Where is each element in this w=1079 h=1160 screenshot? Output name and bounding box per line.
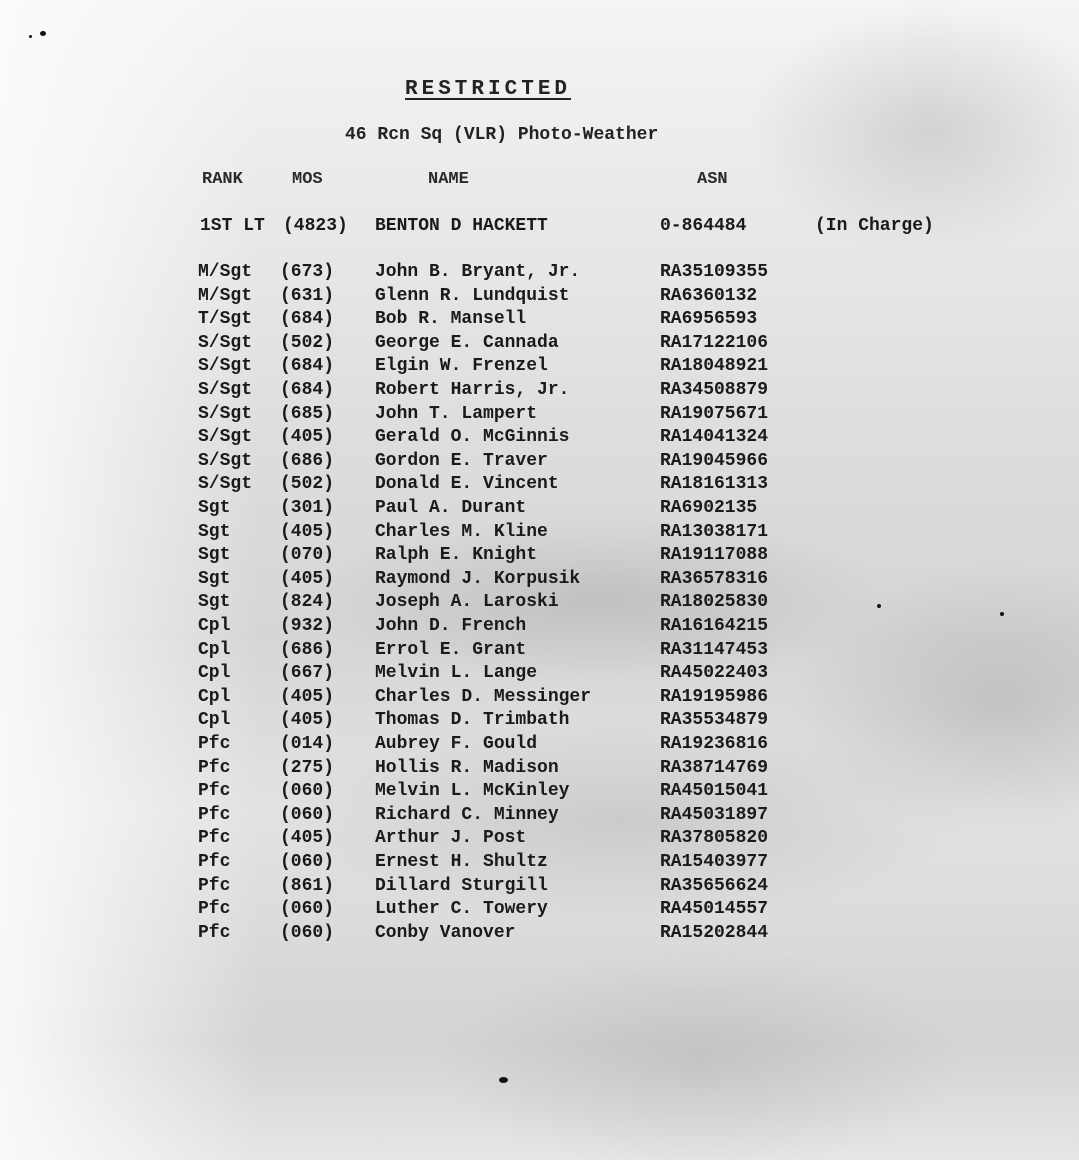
roster-name: Thomas D. Trimbath: [375, 710, 569, 730]
roster-asn: RA17122106: [660, 333, 768, 353]
roster-name: Ralph E. Knight: [375, 545, 537, 565]
roster-mos: (060): [280, 852, 334, 872]
column-header-mos: MOS: [292, 170, 323, 189]
roster-name: Errol E. Grant: [375, 640, 526, 660]
roster-name: Ernest H. Shultz: [375, 852, 548, 872]
scan-speck: [877, 604, 881, 608]
roster-mos: (405): [280, 427, 334, 447]
roster-rank: S/Sgt: [198, 333, 252, 353]
roster-rank: S/Sgt: [198, 404, 252, 424]
roster-mos: (060): [280, 781, 334, 801]
roster-asn: RA6902135: [660, 498, 757, 518]
roster-asn: RA16164215: [660, 616, 768, 636]
roster-asn: RA6360132: [660, 286, 757, 306]
roster-name: Elgin W. Frenzel: [375, 356, 548, 376]
roster-rank: Cpl: [198, 687, 230, 707]
roster-name: Hollis R. Madison: [375, 758, 559, 778]
roster-mos: (684): [280, 380, 334, 400]
roster-asn: RA35534879: [660, 710, 768, 730]
roster-name: George E. Cannada: [375, 333, 559, 353]
roster-rank: Pfc: [198, 781, 230, 801]
roster-name: Paul A. Durant: [375, 498, 526, 518]
officer-name: BENTON D HACKETT: [375, 216, 548, 236]
roster-asn: RA37805820: [660, 828, 768, 848]
roster-mos: (673): [280, 262, 334, 282]
classification-heading: RESTRICTED: [405, 78, 571, 101]
roster-mos: (685): [280, 404, 334, 424]
roster-rank: S/Sgt: [198, 451, 252, 471]
roster-rank: Cpl: [198, 640, 230, 660]
roster-mos: (861): [280, 876, 334, 896]
roster-rank: Sgt: [198, 592, 230, 612]
roster-mos: (502): [280, 474, 334, 494]
roster-mos: (070): [280, 545, 334, 565]
scan-speck: [499, 1077, 508, 1083]
roster-name: Raymond J. Korpusik: [375, 569, 580, 589]
roster-rank: M/Sgt: [198, 286, 252, 306]
roster-asn: RA14041324: [660, 427, 768, 447]
roster-asn: RA45031897: [660, 805, 768, 825]
roster-mos: (631): [280, 286, 334, 306]
roster-asn: RA13038171: [660, 522, 768, 542]
roster-rank: S/Sgt: [198, 474, 252, 494]
roster-mos: (684): [280, 309, 334, 329]
roster-rank: Cpl: [198, 663, 230, 683]
roster-asn: RA19117088: [660, 545, 768, 565]
roster-asn: RA34508879: [660, 380, 768, 400]
roster-mos: (686): [280, 640, 334, 660]
roster-mos: (667): [280, 663, 334, 683]
roster-rank: Pfc: [198, 876, 230, 896]
roster-name: Joseph A. Laroski: [375, 592, 559, 612]
officer-asn: 0-864484: [660, 216, 746, 236]
roster-rank: Cpl: [198, 616, 230, 636]
roster-rank: Cpl: [198, 710, 230, 730]
roster-rank: S/Sgt: [198, 356, 252, 376]
roster-rank: Pfc: [198, 899, 230, 919]
roster-mos: (301): [280, 498, 334, 518]
roster-asn: RA15403977: [660, 852, 768, 872]
roster-name: Melvin L. Lange: [375, 663, 537, 683]
roster-asn: RA35656624: [660, 876, 768, 896]
roster-rank: S/Sgt: [198, 380, 252, 400]
roster-rank: Pfc: [198, 805, 230, 825]
roster-rank: Sgt: [198, 498, 230, 518]
roster-mos: (502): [280, 333, 334, 353]
roster-name: Conby Vanover: [375, 923, 515, 943]
roster-asn: RA6956593: [660, 309, 757, 329]
roster-name: Charles D. Messinger: [375, 687, 591, 707]
roster-asn: RA45014557: [660, 899, 768, 919]
roster-name: Arthur J. Post: [375, 828, 526, 848]
unit-title: 46 Rcn Sq (VLR) Photo-Weather: [345, 125, 658, 145]
roster-asn: RA18161313: [660, 474, 768, 494]
roster-name: Gordon E. Traver: [375, 451, 548, 471]
roster-name: Bob R. Mansell: [375, 309, 526, 329]
roster-rank: Pfc: [198, 828, 230, 848]
scan-speck: [29, 35, 32, 38]
roster-mos: (405): [280, 522, 334, 542]
roster-rank: T/Sgt: [198, 309, 252, 329]
roster-mos: (684): [280, 356, 334, 376]
roster-name: Richard C. Minney: [375, 805, 559, 825]
officer-mos: (4823): [283, 216, 348, 236]
roster-mos: (060): [280, 923, 334, 943]
roster-name: Glenn R. Lundquist: [375, 286, 569, 306]
officer-rank: 1ST LT: [200, 216, 265, 236]
officer-note: (In Charge): [815, 216, 934, 236]
roster-asn: RA19045966: [660, 451, 768, 471]
column-header-asn: ASN: [697, 170, 728, 189]
roster-rank: Sgt: [198, 569, 230, 589]
roster-name: Melvin L. McKinley: [375, 781, 569, 801]
roster-asn: RA45022403: [660, 663, 768, 683]
column-header-name: NAME: [428, 170, 469, 189]
roster-mos: (060): [280, 899, 334, 919]
roster-asn: RA18025830: [660, 592, 768, 612]
roster-mos: (405): [280, 569, 334, 589]
roster-name: John T. Lampert: [375, 404, 537, 424]
roster-name: John B. Bryant, Jr.: [375, 262, 580, 282]
roster-asn: RA35109355: [660, 262, 768, 282]
roster-asn: RA31147453: [660, 640, 768, 660]
roster-rank: Sgt: [198, 545, 230, 565]
roster-mos: (824): [280, 592, 334, 612]
roster-asn: RA38714769: [660, 758, 768, 778]
roster-rank: Sgt: [198, 522, 230, 542]
roster-name: John D. French: [375, 616, 526, 636]
roster-asn: RA18048921: [660, 356, 768, 376]
roster-mos: (275): [280, 758, 334, 778]
roster-rank: Pfc: [198, 923, 230, 943]
roster-name: Luther C. Towery: [375, 899, 548, 919]
roster-mos: (405): [280, 687, 334, 707]
roster-asn: RA19195986: [660, 687, 768, 707]
roster-asn: RA19236816: [660, 734, 768, 754]
roster-rank: M/Sgt: [198, 262, 252, 282]
roster-rank: S/Sgt: [198, 427, 252, 447]
roster-name: Gerald O. McGinnis: [375, 427, 569, 447]
roster-mos: (405): [280, 828, 334, 848]
roster-asn: RA19075671: [660, 404, 768, 424]
roster-name: Dillard Sturgill: [375, 876, 548, 896]
roster-rank: Pfc: [198, 852, 230, 872]
scan-speck: [40, 31, 46, 36]
roster-asn: RA36578316: [660, 569, 768, 589]
roster-name: Aubrey F. Gould: [375, 734, 537, 754]
roster-name: Charles M. Kline: [375, 522, 548, 542]
roster-mos: (405): [280, 710, 334, 730]
roster-mos: (014): [280, 734, 334, 754]
roster-mos: (060): [280, 805, 334, 825]
roster-asn: RA15202844: [660, 923, 768, 943]
roster-name: Donald E. Vincent: [375, 474, 559, 494]
roster-mos: (686): [280, 451, 334, 471]
roster-name: Robert Harris, Jr.: [375, 380, 569, 400]
roster-asn: RA45015041: [660, 781, 768, 801]
roster-mos: (932): [280, 616, 334, 636]
roster-rank: Pfc: [198, 758, 230, 778]
scanned-document-page: RESTRICTED 46 Rcn Sq (VLR) Photo-Weather…: [0, 0, 1079, 1160]
roster-rank: Pfc: [198, 734, 230, 754]
scan-speck: [1000, 612, 1004, 616]
column-header-rank: RANK: [202, 170, 243, 189]
